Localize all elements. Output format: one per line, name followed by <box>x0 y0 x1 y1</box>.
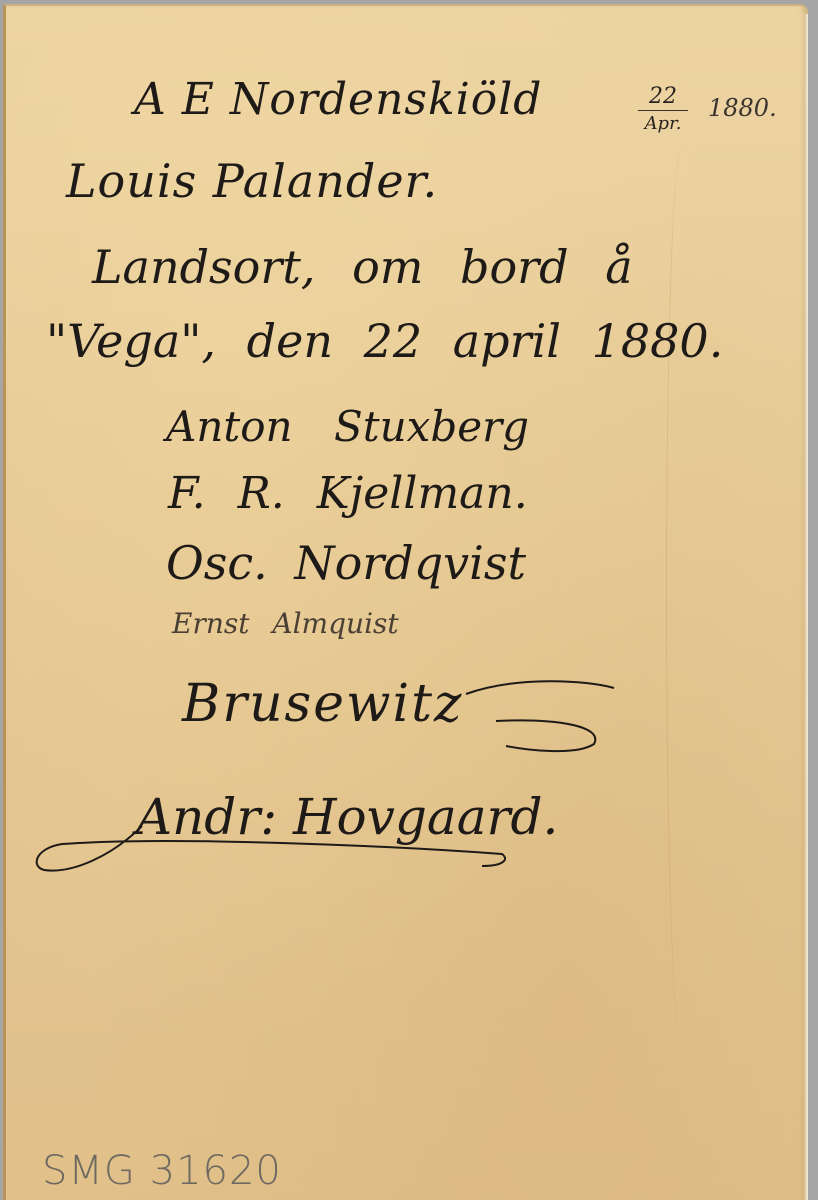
signature-nordqvist: Osc. Nordqvist <box>166 540 526 586</box>
document-scan: A E Nordenskiöld 22 Apr. 1880. Louis Pal… <box>0 0 818 1200</box>
location-line-2: "Vega", den 22 april 1880. <box>46 318 723 364</box>
signature-almqvist: Ernst Almquist <box>172 610 399 638</box>
paper-crease <box>666 146 697 1046</box>
card-edge <box>804 14 808 1200</box>
date-day: 22 <box>638 84 688 111</box>
brusewitz-flourish <box>436 666 636 756</box>
signature-palander: Louis Palander. <box>66 158 438 204</box>
signature-hovgaard: Andr: Hovgaard. <box>136 792 558 842</box>
date-year: 1880. <box>708 96 777 120</box>
signature-kjellman: F. R. Kjellman. <box>168 472 528 516</box>
date-month: Apr. <box>638 113 688 134</box>
catalog-number: SMG 31620 <box>42 1148 282 1194</box>
signature-nordenskiold: A E Nordenskiöld <box>134 78 542 122</box>
signature-brusewitz: Brusewitz <box>182 678 463 730</box>
location-line-1: Landsort, om bord å <box>92 244 633 290</box>
date-note: 22 Apr. <box>638 84 688 134</box>
signature-stuxberg: Anton Stuxberg <box>166 406 529 448</box>
photo-card-back: A E Nordenskiöld 22 Apr. 1880. Louis Pal… <box>3 4 808 1200</box>
